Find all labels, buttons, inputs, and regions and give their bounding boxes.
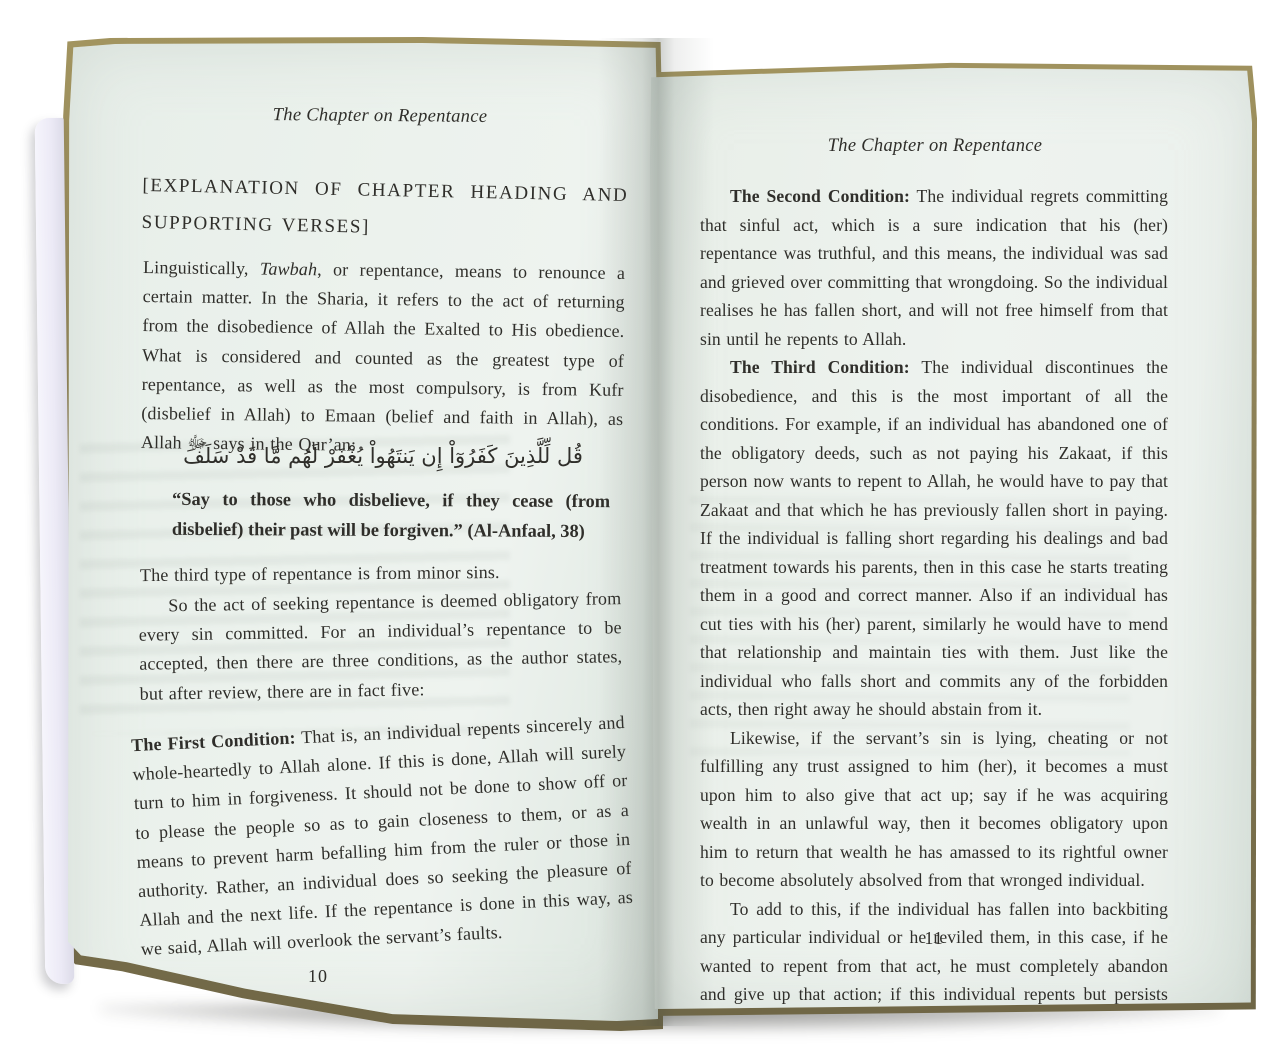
seeking-paragraph: So the act of seeking repentance is deem…	[138, 584, 623, 708]
right-running-head: The Chapter on Repentance	[700, 136, 1170, 157]
second-condition-body: The individual regrets committing that s…	[700, 186, 1168, 349]
third-condition-lead: The Third Condition:	[730, 357, 910, 377]
first-condition-lead: The First Condition:	[131, 728, 296, 756]
intro-rest: , or repentance, means to renounce a cer…	[141, 259, 625, 455]
book-photo: The Chapter on Repentance [EXPLANATION O…	[0, 0, 1280, 1059]
quran-verse-arabic: قُل لِّلَّذِينَ كَفَرُوٓاْ إِن يَنتَهُوا…	[142, 440, 624, 472]
second-condition-paragraph: The Second Condition: The individual reg…	[700, 182, 1168, 353]
left-section-heading: [EXPLANATION OF CHAPTER HEADING AND SUPP…	[141, 167, 628, 251]
left-page: The Chapter on Repentance [EXPLANATION O…	[68, 42, 658, 1022]
right-page: The Chapter on Repentance The Second Con…	[650, 66, 1252, 1010]
third-condition-paragraph: The Third Condition: The individual disc…	[700, 353, 1168, 724]
left-running-head: The Chapter on Repentance	[140, 104, 620, 129]
intro-term-tawbah: Tawbah	[260, 258, 318, 279]
intro-lead: Linguistically,	[143, 257, 260, 278]
second-condition-lead: The Second Condition:	[730, 186, 910, 206]
right-page-number: 11	[700, 928, 1168, 949]
verse-translation: “Say to those who disbelieve, if they ce…	[172, 484, 610, 546]
left-intro-paragraph: Linguistically, Tawbah, or repentance, m…	[141, 253, 625, 463]
first-condition-paragraph: The First Condition: That is, an individ…	[131, 708, 635, 965]
third-condition-body: The individual discontinues the disobedi…	[700, 357, 1168, 719]
likewise-paragraph: Likewise, if the servant’s sin is lying,…	[700, 724, 1168, 895]
